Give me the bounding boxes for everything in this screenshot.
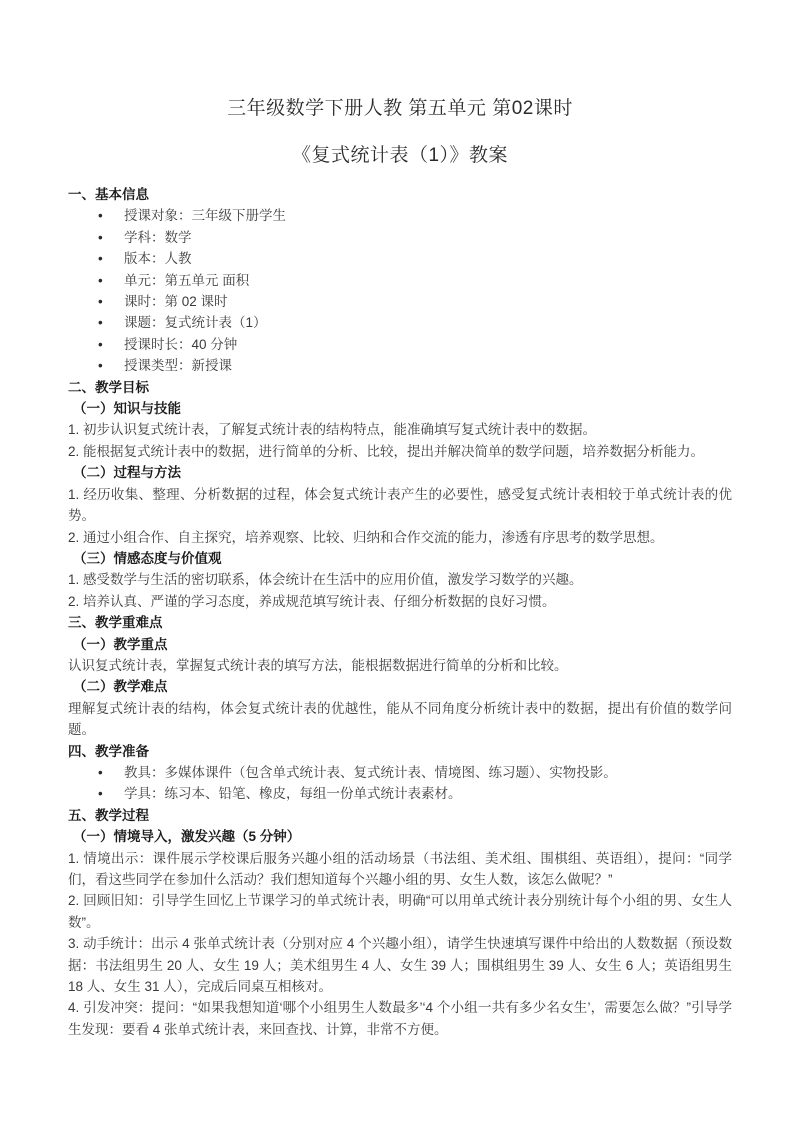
section-heading-basic-info: 一、基本信息 (68, 184, 732, 205)
process-step: 2. 回顾旧知：引导学生回忆上节课学习的单式统计表，明确“可以用单式统计表分别统… (68, 890, 732, 933)
objective-line: 1. 经历收集、整理、分析数据的过程，体会复式统计表产生的必要性，感受复式统计表… (68, 484, 732, 527)
subheading-emotion-values: （三）情感态度与价值观 (68, 548, 732, 569)
objective-line: 2. 通过小组合作、自主探究，培养观察、比较、归纳和合作交流的能力，渗透有序思考… (68, 527, 732, 548)
subheading-teaching-focus: （一）教学重点 (68, 634, 732, 655)
section-heading-preparation: 四、教学准备 (68, 741, 732, 762)
doc-title: 三年级数学下册人教 第五单元 第02课时 (68, 96, 732, 122)
objective-line: 2. 能根据复式统计表中的数据，进行简单的分析、比较，提出并解决简单的数学问题，… (68, 441, 732, 462)
section-heading-objectives: 二、教学目标 (68, 377, 732, 398)
objective-line: 2. 培养认真、严谨的学习态度，养成规范填写统计表、仔细分析数据的良好习惯。 (68, 591, 732, 612)
subheading-knowledge-skills: （一）知识与技能 (68, 398, 732, 419)
document-page: 三年级数学下册人教 第五单元 第02课时 《复式统计表（1）》教案 一、基本信息… (0, 0, 794, 1123)
doc-subtitle: 《复式统计表（1）》教案 (68, 143, 732, 169)
objective-line: 1. 初步认识复式统计表，了解复式统计表的结构特点，能准确填写复式统计表中的数据… (68, 419, 732, 440)
list-item: 单元：第五单元 面积 (68, 270, 732, 291)
subheading-process-method: （二）过程与方法 (68, 462, 732, 483)
list-item: 教具：多媒体课件（包含单式统计表、复式统计表、情境图、练习题）、实物投影。 (68, 762, 732, 783)
section-heading-key-points: 三、教学重难点 (68, 612, 732, 633)
section-heading-process: 五、教学过程 (68, 805, 732, 826)
list-item: 授课类型：新授课 (68, 355, 732, 376)
list-item: 课题：复式统计表（1） (68, 312, 732, 333)
list-item: 授课对象：三年级下册学生 (68, 205, 732, 226)
list-item: 学具：练习本、铅笔、橡皮，每组一份单式统计表素材。 (68, 783, 732, 804)
process-step: 1. 情境出示：课件展示学校课后服务兴趣小组的活动场景（书法组、美术组、围棋组、… (68, 848, 732, 891)
list-item: 课时：第 02 课时 (68, 291, 732, 312)
objective-line: 1. 感受数学与生活的密切联系，体会统计在生活中的应用价值，激发学习数学的兴趣。 (68, 569, 732, 590)
list-item: 版本：人教 (68, 248, 732, 269)
list-item: 学科：数学 (68, 227, 732, 248)
key-point-line: 认识复式统计表，掌握复式统计表的填写方法，能根据数据进行简单的分析和比较。 (68, 655, 732, 676)
basic-info-list: 授课对象：三年级下册学生 学科：数学 版本：人教 单元：第五单元 面积 课时：第… (68, 205, 732, 376)
subheading-situation-intro: （一）情境导入，激发兴趣（5 分钟） (68, 826, 732, 847)
process-step: 3. 动手统计：出示 4 张单式统计表（分别对应 4 个兴趣小组），请学生快速填… (68, 933, 732, 997)
preparation-list: 教具：多媒体课件（包含单式统计表、复式统计表、情境图、练习题）、实物投影。 学具… (68, 762, 732, 805)
key-point-line: 理解复式统计表的结构，体会复式统计表的优越性，能从不同角度分析统计表中的数据，提… (68, 698, 732, 741)
list-item: 授课时长：40 分钟 (68, 334, 732, 355)
process-step: 4. 引发冲突：提问：“如果我想知道‘哪个小组男生人数最多’‘4 个小组一共有多… (68, 997, 732, 1040)
subheading-teaching-difficulty: （二）教学难点 (68, 676, 732, 697)
